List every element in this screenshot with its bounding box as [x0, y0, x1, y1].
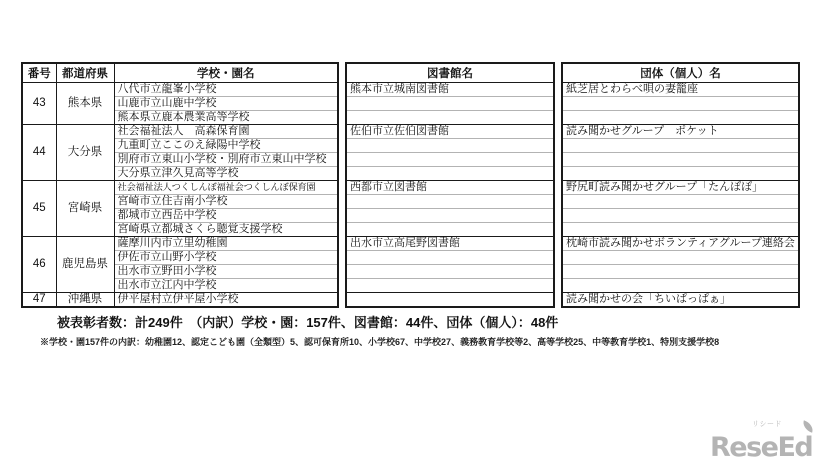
group-cell: 枕崎市読み聞かせボランティアグループ連絡会 [562, 236, 799, 250]
school-table: 番号 都道府県 学校・園名 43熊本県八代市立龍峯小学校山鹿市立山鹿中学校熊本県… [21, 62, 339, 308]
school-cell: 宮崎県立都城さくら聴覚支援学校 [114, 222, 338, 236]
reseed-logo: リシード ReseEd [710, 425, 810, 461]
row-prefecture: 鹿児島県 [56, 236, 114, 292]
library-cell [346, 292, 554, 306]
group-cell [562, 278, 799, 292]
library-cell [346, 250, 554, 264]
table-row: 46鹿児島県薩摩川内市立里幼稚園 [22, 236, 338, 250]
school-cell: 出水市立江内中学校 [114, 278, 338, 292]
table-row [346, 110, 554, 124]
table-row [346, 264, 554, 278]
table-row [562, 194, 799, 208]
reseed-logo-text: ReseEd [710, 434, 812, 461]
group-cell: 野尻町読み聞かせグループ「たんぽぽ」 [562, 180, 799, 194]
school-cell: 大分県立津久見高等学校 [114, 166, 338, 180]
group-cell [562, 96, 799, 110]
group-cell: 紙芝居とわらべ唄の妻籠座 [562, 82, 799, 96]
school-cell: 薩摩川内市立里幼稚園 [114, 236, 338, 250]
row-number: 43 [22, 82, 56, 124]
group-table: 団体（個人）名 紙芝居とわらべ唄の妻籠座読み聞かせグループ ポケット野尻町読み聞… [561, 62, 800, 308]
header-school: 学校・園名 [114, 63, 338, 82]
group-cell: 読み聞かせグループ ポケット [562, 124, 799, 138]
summary-line: 被表彰者数：計249件 （内訳）学校・園：157件、図書館：44件、団体（個人）… [57, 312, 558, 331]
school-cell: 九重町立ここのえ緑陽中学校 [114, 138, 338, 152]
leaf-icon [801, 420, 815, 433]
library-cell: 佐伯市立佐伯図書館 [346, 124, 554, 138]
table-row [346, 222, 554, 236]
group-cell [562, 222, 799, 236]
table-row: 枕崎市読み聞かせボランティアグループ連絡会 [562, 236, 799, 250]
group-cell [562, 264, 799, 278]
table-row [562, 152, 799, 166]
table-row [346, 166, 554, 180]
school-cell: 出水市立野田小学校 [114, 264, 338, 278]
row-prefecture: 宮崎県 [56, 180, 114, 236]
school-cell: 社会福祉法人 高森保育園 [114, 124, 338, 138]
table-row: 47沖縄県伊平屋村立伊平屋小学校 [22, 292, 338, 307]
table-row: 43熊本県八代市立龍峯小学校 [22, 82, 338, 96]
library-cell [346, 264, 554, 278]
library-cell [346, 278, 554, 292]
school-cell: 伊佐市立山野小学校 [114, 250, 338, 264]
row-prefecture: 熊本県 [56, 82, 114, 124]
group-cell [562, 138, 799, 152]
table-row: 野尻町読み聞かせグループ「たんぽぽ」 [562, 180, 799, 194]
table-row: 読み聞かせグループ ポケット [562, 124, 799, 138]
header-library: 図書館名 [346, 63, 554, 82]
row-number: 45 [22, 180, 56, 236]
group-cell [562, 194, 799, 208]
school-cell: 宮崎市立住吉南小学校 [114, 194, 338, 208]
header-group: 団体（個人）名 [562, 63, 799, 82]
table-row [562, 250, 799, 264]
table-row: 45宮崎県社会福祉法人つくしんぼ福祉会つくしんぼ保育園 [22, 180, 338, 194]
school-cell: 熊本県立鹿本農業高等学校 [114, 110, 338, 124]
header-number: 番号 [22, 63, 56, 82]
school-cell: 山鹿市立山鹿中学校 [114, 96, 338, 110]
table-row: 44大分県社会福祉法人 高森保育園 [22, 124, 338, 138]
header-row: 図書館名 [346, 63, 554, 82]
table-row [562, 166, 799, 180]
table-row: 西都市立図書館 [346, 180, 554, 194]
group-cell [562, 208, 799, 222]
table-row [346, 152, 554, 166]
header-prefecture: 都道府県 [56, 63, 114, 82]
table-row [562, 222, 799, 236]
awards-table: 番号 都道府県 学校・園名 43熊本県八代市立龍峯小学校山鹿市立山鹿中学校熊本県… [21, 62, 800, 308]
school-cell: 八代市立龍峯小学校 [114, 82, 338, 96]
table-row [346, 208, 554, 222]
table-row [346, 250, 554, 264]
library-cell [346, 110, 554, 124]
table-row [562, 264, 799, 278]
library-cell [346, 152, 554, 166]
school-cell: 伊平屋村立伊平屋小学校 [114, 292, 338, 307]
group-cell [562, 166, 799, 180]
table-row: 紙芝居とわらべ唄の妻籠座 [562, 82, 799, 96]
library-cell: 出水市立高尾野図書館 [346, 236, 554, 250]
table-row [562, 208, 799, 222]
school-cell: 都城市立西岳中学校 [114, 208, 338, 222]
reseed-ruby: リシード [752, 421, 782, 428]
row-prefecture: 沖縄県 [56, 292, 114, 307]
row-prefecture: 大分県 [56, 124, 114, 180]
library-cell [346, 208, 554, 222]
row-number: 44 [22, 124, 56, 180]
header-row: 番号 都道府県 学校・園名 [22, 63, 338, 82]
table-row [346, 96, 554, 110]
library-cell [346, 166, 554, 180]
table-row [346, 292, 554, 306]
table-row: 熊本市立城南図書館 [346, 82, 554, 96]
table-row: 出水市立高尾野図書館 [346, 236, 554, 250]
table-row [346, 194, 554, 208]
library-cell: 熊本市立城南図書館 [346, 82, 554, 96]
row-number: 47 [22, 292, 56, 307]
group-cell: 読み聞かせの会「ちいぱっぱぁ」 [562, 292, 799, 307]
library-cell [346, 222, 554, 236]
group-cell [562, 152, 799, 166]
table-row [346, 278, 554, 292]
table-row [562, 278, 799, 292]
library-cell: 西都市立図書館 [346, 180, 554, 194]
row-number: 46 [22, 236, 56, 292]
library-cell [346, 138, 554, 152]
table-row [346, 138, 554, 152]
school-cell: 社会福祉法人つくしんぼ福祉会つくしんぼ保育園 [114, 180, 338, 194]
library-cell [346, 194, 554, 208]
header-row: 団体（個人）名 [562, 63, 799, 82]
table-row [562, 110, 799, 124]
footnote: ※学校・園157件の内訳：幼稚園12、認定こども園（全類型）5、認可保育所10、… [40, 335, 719, 348]
table-row [562, 96, 799, 110]
table-row: 佐伯市立佐伯図書館 [346, 124, 554, 138]
group-cell [562, 250, 799, 264]
table-row: 読み聞かせの会「ちいぱっぱぁ」 [562, 292, 799, 307]
library-table: 図書館名 熊本市立城南図書館佐伯市立佐伯図書館西都市立図書館出水市立高尾野図書館 [345, 62, 555, 308]
library-cell [346, 96, 554, 110]
table-row [562, 138, 799, 152]
school-cell: 別府市立東山小学校・別府市立東山中学校 [114, 152, 338, 166]
group-cell [562, 110, 799, 124]
